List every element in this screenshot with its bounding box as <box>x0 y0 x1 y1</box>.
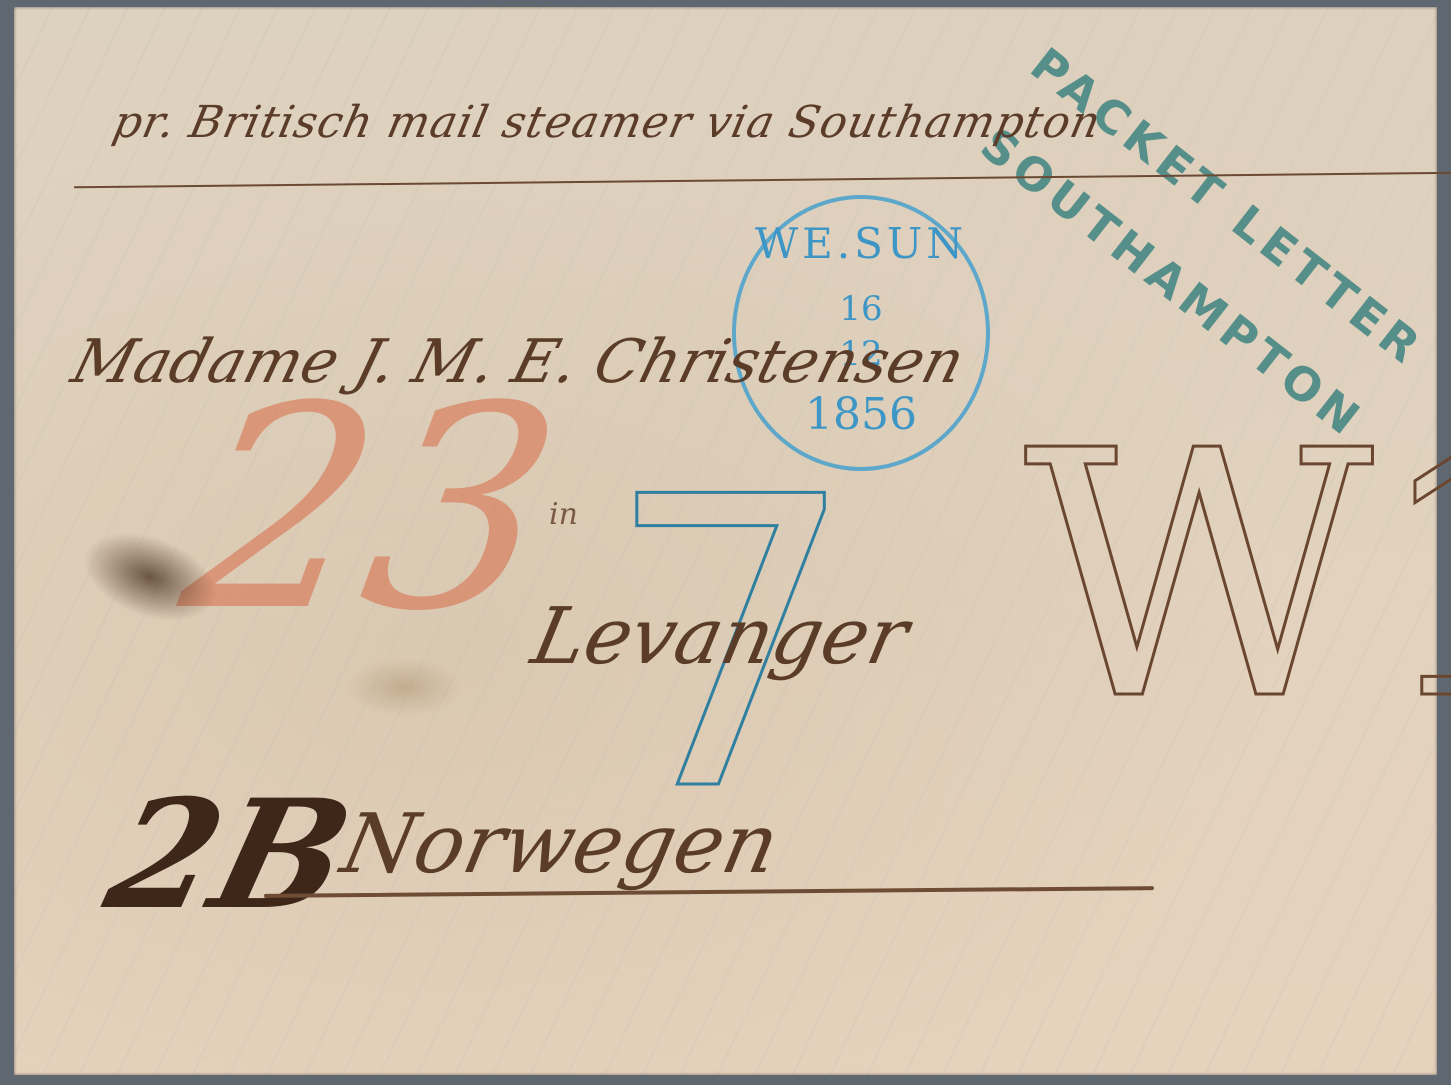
route-endorsement: pr. Britisch mail steamer via Southampto… <box>109 97 1106 148</box>
brown-manuscript-charge: W17 <box>1024 407 1451 747</box>
destination-city: Levanger <box>524 592 915 682</box>
manuscript-charge: 2B <box>92 767 367 943</box>
destination-country: Norwegen <box>334 797 787 892</box>
postmark-town: WE.SUN <box>736 219 986 268</box>
via-label: in <box>549 497 578 532</box>
postal-cover: 23 PACKET LETTER SOUTHAMPTON pr. Britisc… <box>14 7 1437 1075</box>
addressee-line: Madame J. M. E. Christensen <box>65 327 972 397</box>
postmark-day: 16 <box>736 289 986 329</box>
